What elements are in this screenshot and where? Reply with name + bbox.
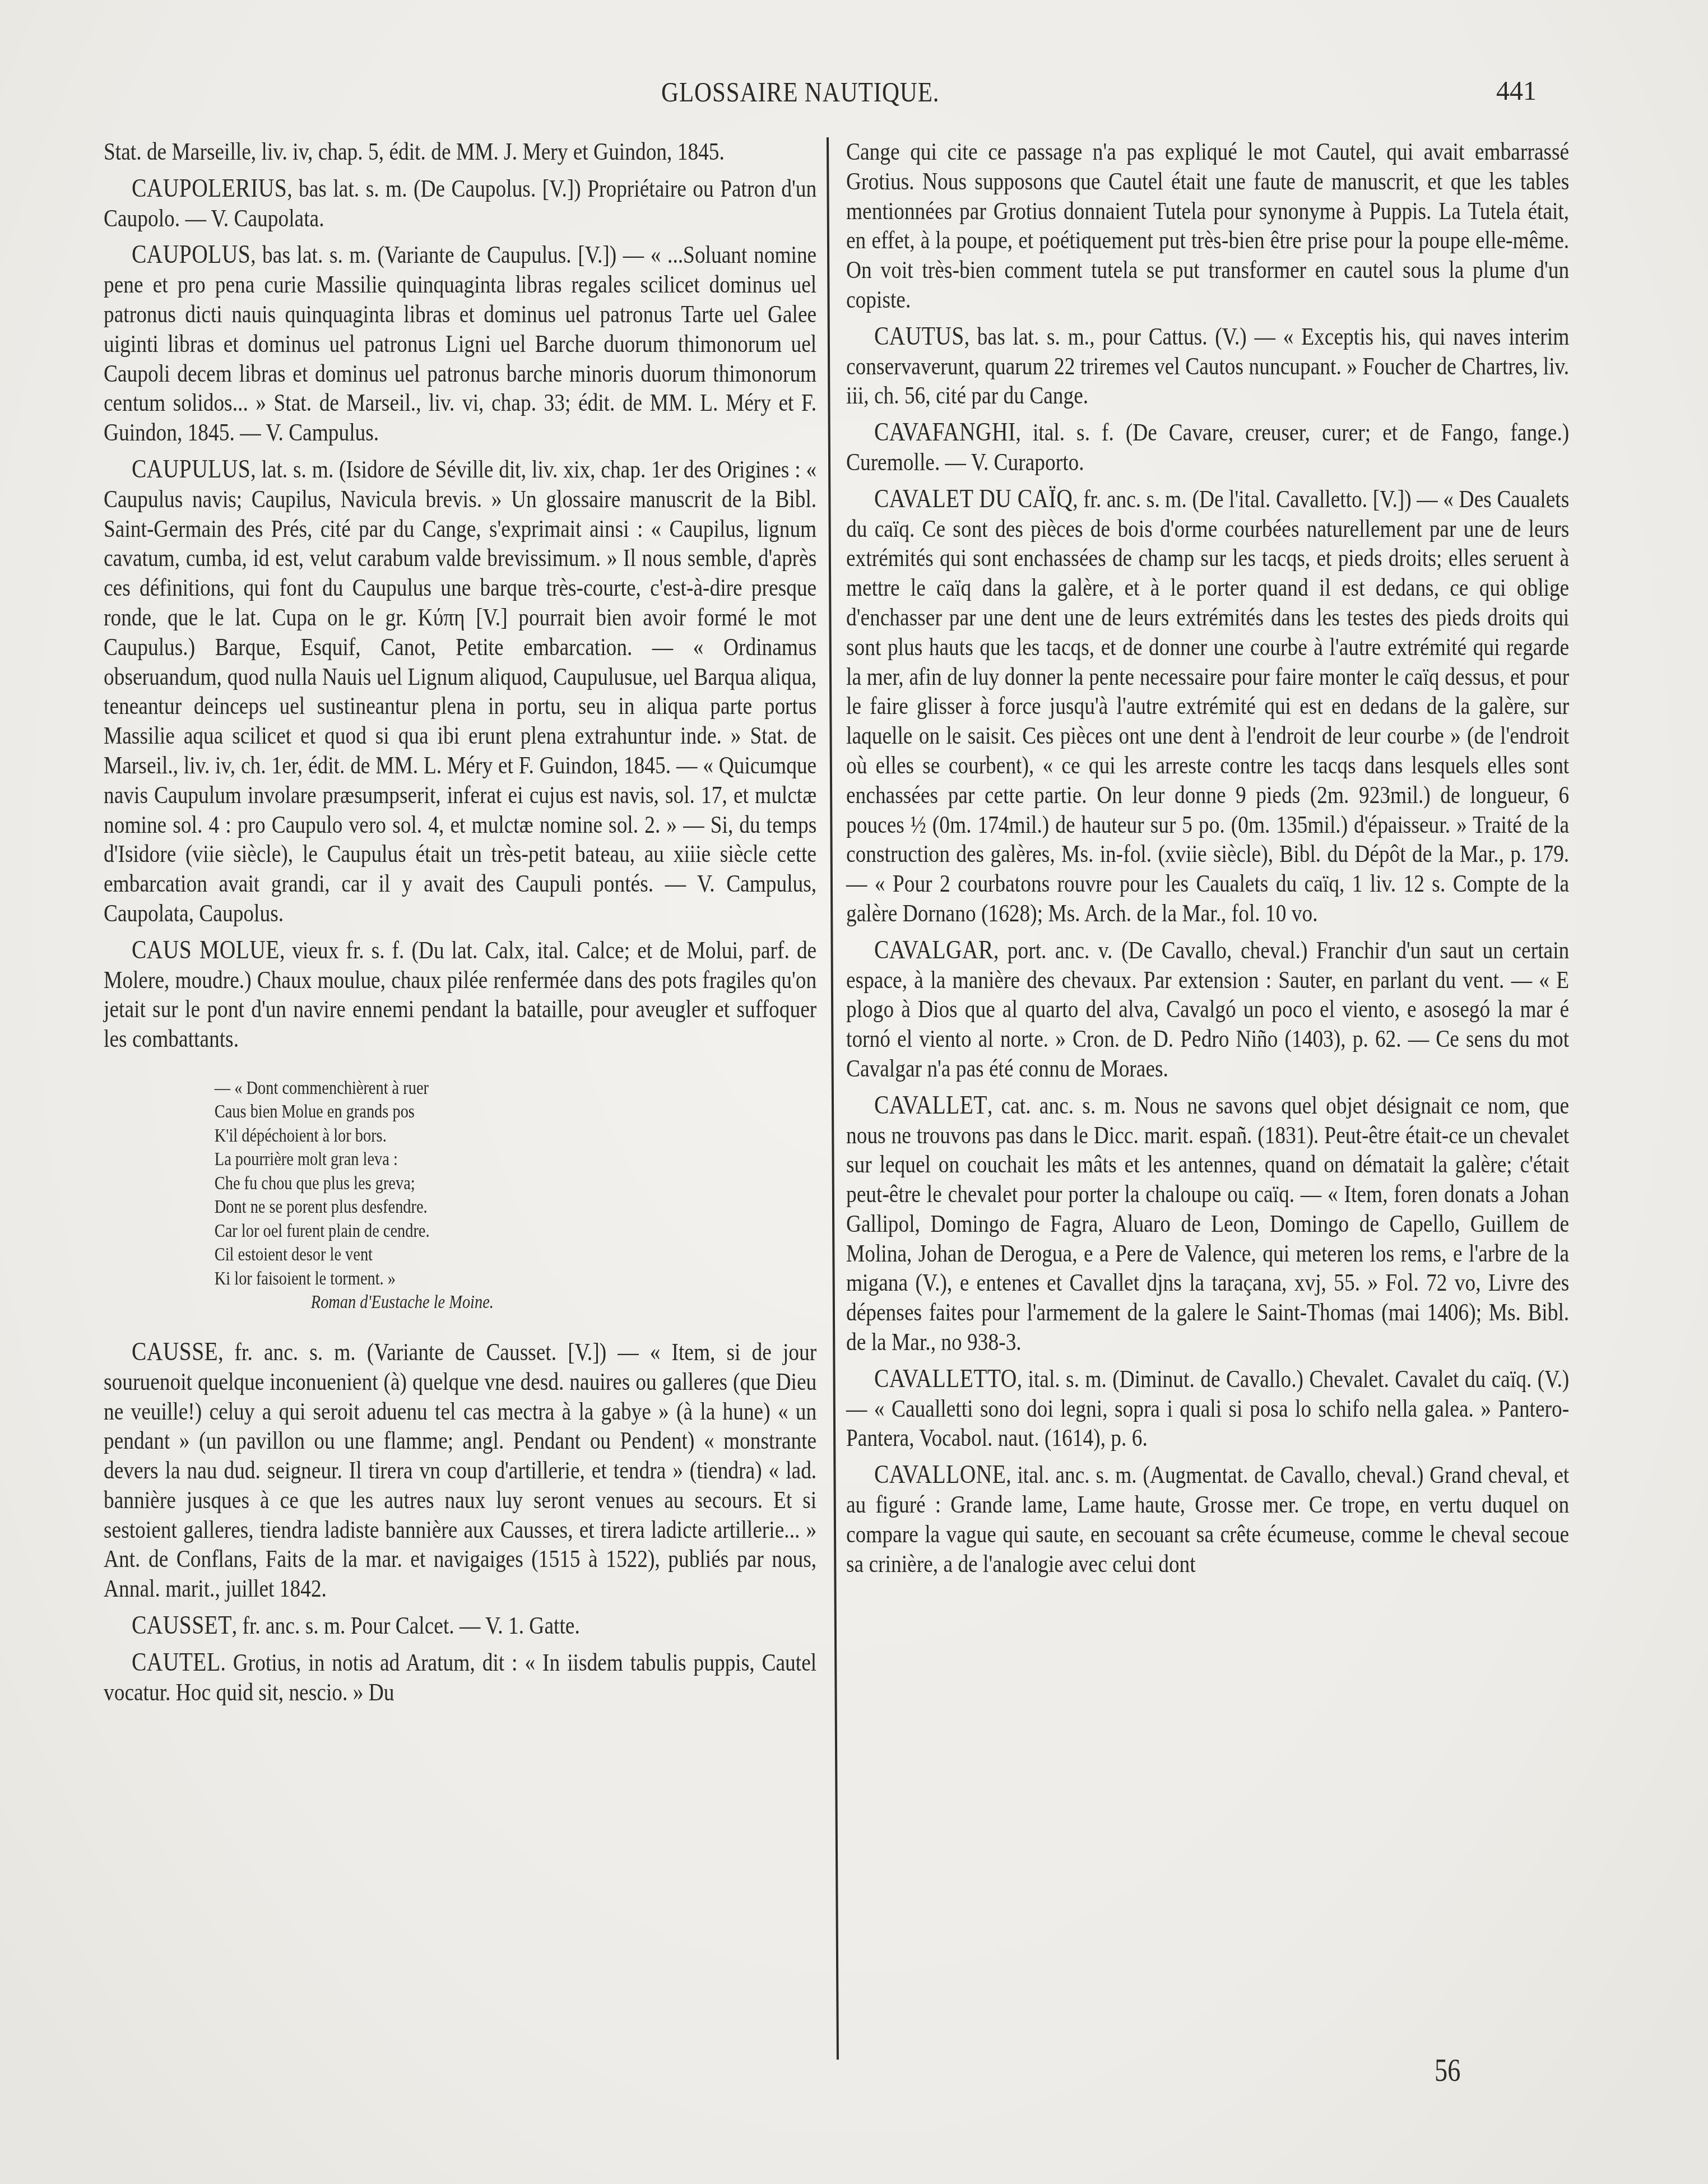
headword: CAVALLET xyxy=(874,1091,987,1119)
verse-line: Che fu chou que plus les greva; xyxy=(215,1172,816,1196)
left-column: Stat. de Marseille, liv. iv, chap. 5, éd… xyxy=(104,137,816,1714)
signature-mark: 56 xyxy=(1435,2051,1460,2089)
glossary-entry-cavalletto: CAVALLETTO, ital. s. m. (Diminut. de Cav… xyxy=(846,1364,1569,1453)
glossary-entry-cavalet-du-caiq: CAVALET DU CAÏQ, fr. anc. s. m. (De l'it… xyxy=(846,484,1569,929)
right-column: Cange qui cite ce passage n'a pas expliq… xyxy=(846,137,1569,1585)
page-number: 441 xyxy=(1496,76,1537,106)
headword: CAUTUS xyxy=(874,322,964,350)
entry-body: , fr. anc. s. m. (De l'ital. Cavalletto.… xyxy=(846,486,1569,927)
glossary-entry-cautel: CAUTEL. Grotius, in notis ad Aratum, dit… xyxy=(104,1648,816,1708)
glossary-entry-cavallone: CAVALLONE, ital. anc. s. m. (Augmentat. … xyxy=(846,1460,1569,1579)
entry-body: , cat. anc. s. m. Nous ne savons quel ob… xyxy=(846,1092,1569,1356)
headword: CAUSSE xyxy=(132,1337,218,1366)
continuation-paragraph: Cange qui cite ce passage n'a pas expliq… xyxy=(846,137,1569,315)
glossary-entry-causse: CAUSSE, fr. anc. s. m. (Variante de Caus… xyxy=(104,1337,816,1604)
verse-line: La pourrière molt gran leva : xyxy=(215,1148,816,1172)
verse-quotation: — « Dont commenchièrent à ruer Caus bien… xyxy=(215,1077,816,1315)
verse-line: Ki lor faisoient le torment. » xyxy=(215,1267,816,1291)
headword: CAUTEL xyxy=(132,1648,221,1676)
glossary-entry-caupulus: CAUPULUS, lat. s. m. (Isidore de Séville… xyxy=(104,455,816,929)
headword: CAVAFANGHI xyxy=(874,418,1016,446)
glossary-entry-caus-molue: CAUS MOLUE, vieux fr. s. f. (Du lat. Cal… xyxy=(104,935,816,1054)
verse-line: Cil estoient desor le vent xyxy=(215,1243,816,1267)
glossary-entry-caupolerius: CAUPOLERIUS, bas lat. s. m. (De Caupolus… xyxy=(104,174,816,234)
verse-line: — « Dont commenchièrent à ruer xyxy=(215,1077,816,1101)
running-head-title: GLOSSAIRE NAUTIQUE. xyxy=(661,76,939,108)
headword: CAUSSET xyxy=(132,1611,232,1639)
entry-body: , lat. s. m. (Isidore de Séville dit, li… xyxy=(104,456,816,927)
entry-body: , fr. anc. s. m. (Variante de Causset. [… xyxy=(104,1339,816,1602)
glossary-entry-cautus: CAUTUS, bas lat. s. m., pour Cattus. (V.… xyxy=(846,322,1569,411)
book-page: GLOSSAIRE NAUTIQUE. 441 Stat. de Marseil… xyxy=(0,0,1708,2184)
headword: CAVALGAR xyxy=(874,935,994,964)
headword: CAUPOLERIUS xyxy=(132,174,287,202)
entry-body: , bas lat. s. m. (Variante de Caupulus. … xyxy=(104,242,816,446)
continuation-paragraph: Stat. de Marseille, liv. iv, chap. 5, éd… xyxy=(104,137,816,167)
headword: CAUPULUS xyxy=(132,455,250,483)
verse-attribution: Roman d'Eustache le Moine. xyxy=(311,1291,816,1315)
headword: CAVALET DU CAÏQ xyxy=(874,484,1073,513)
headword: CAVALLETTO xyxy=(874,1364,1017,1393)
glossary-entry-cavafanghi: CAVAFANGHI, ital. s. f. (De Cavare, creu… xyxy=(846,418,1569,477)
verse-line: Car lor oel furent plain de cendre. xyxy=(215,1219,816,1244)
verse-line: Caus bien Molue en grands pos xyxy=(215,1100,816,1124)
verse-line: K'il dépéchoient à lor bors. xyxy=(215,1124,816,1148)
verse-line: Dont ne se porent plus desfendre. xyxy=(215,1195,816,1219)
column-divider xyxy=(827,137,839,2060)
glossary-entry-caupolus: CAUPOLUS, bas lat. s. m. (Variante de Ca… xyxy=(104,240,816,448)
glossary-entry-causset: CAUSSET, fr. anc. s. m. Pour Calcet. — V… xyxy=(104,1611,816,1641)
headword: CAUPOLUS xyxy=(132,240,250,268)
glossary-entry-cavallet: CAVALLET, cat. anc. s. m. Nous ne savons… xyxy=(846,1091,1569,1357)
glossary-entry-cavalgar: CAVALGAR, port. anc. v. (De Cavallo, che… xyxy=(846,935,1569,1084)
headword: CAUS MOLUE xyxy=(132,935,280,964)
headword: CAVALLONE xyxy=(874,1460,1006,1489)
entry-body: , fr. anc. s. m. Pour Calcet. — V. 1. Ga… xyxy=(232,1612,580,1639)
